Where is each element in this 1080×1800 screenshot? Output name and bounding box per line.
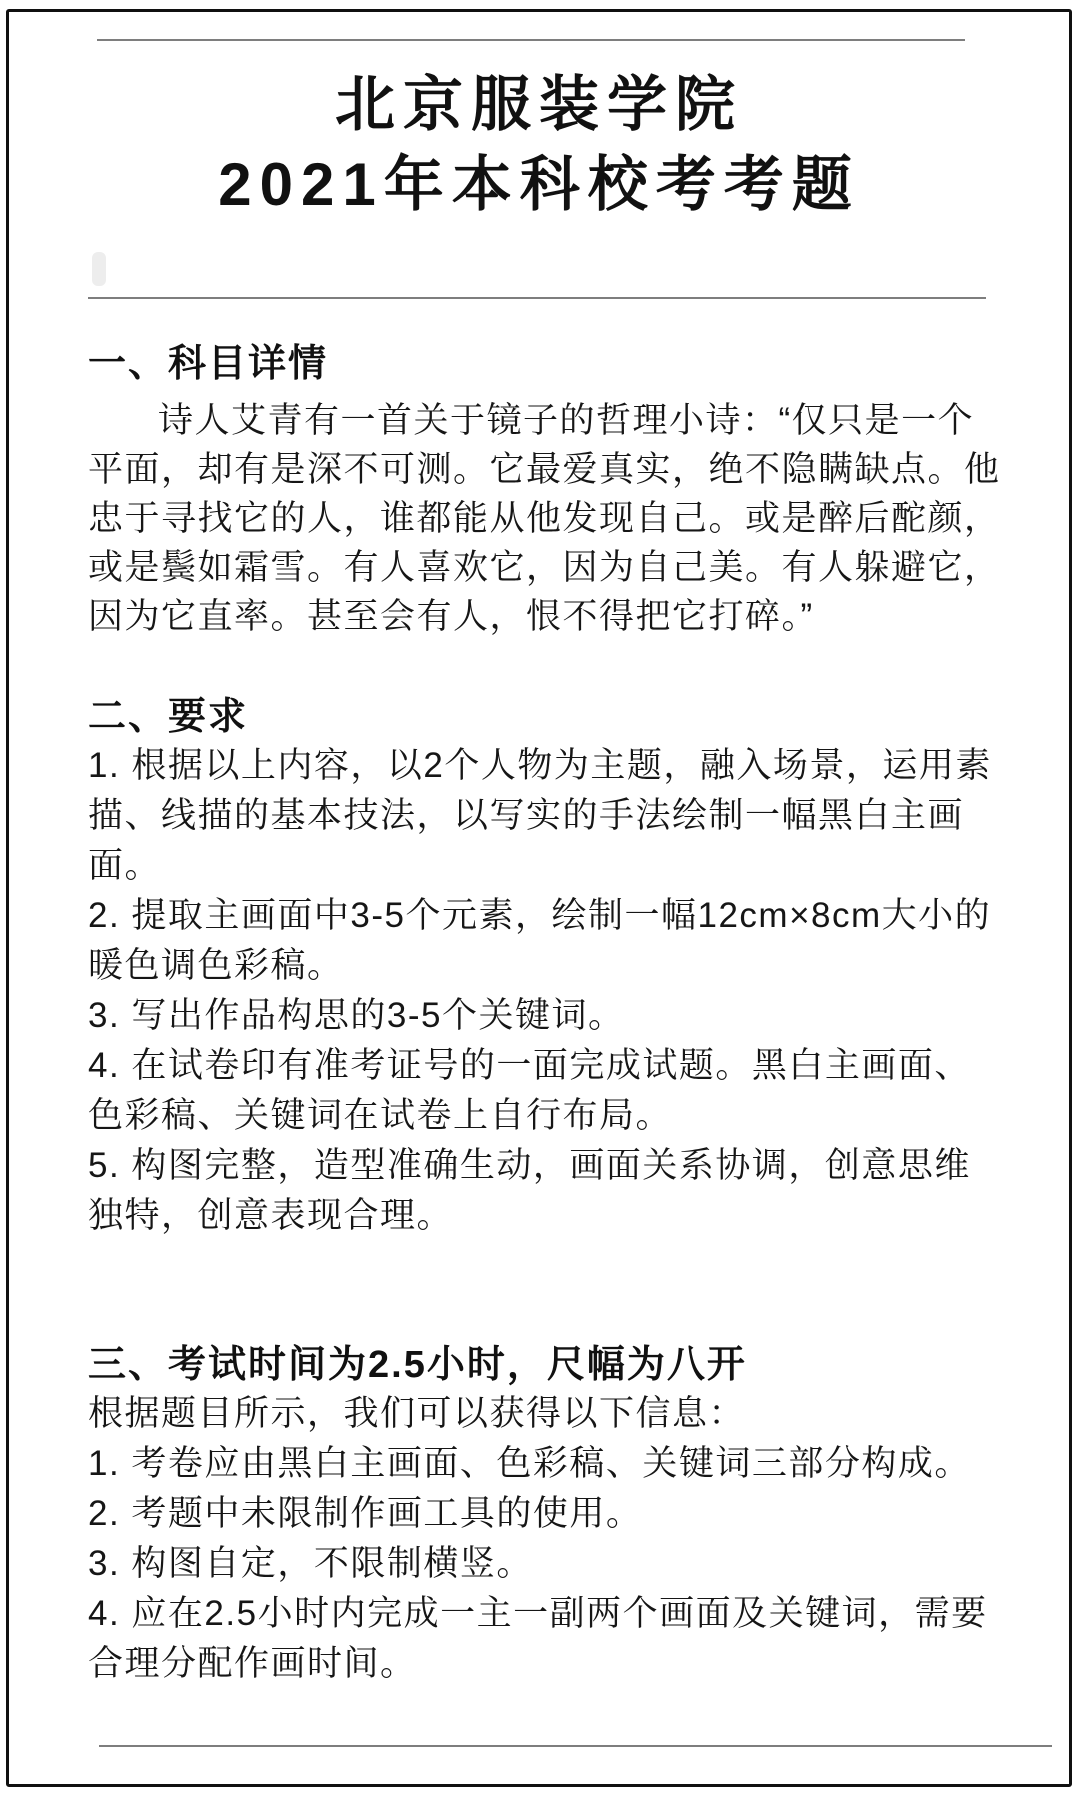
section-heading-exam-time: 三、考试时间为2.5小时，尺幅为八开 (88, 1341, 1003, 1389)
requirement-item: 4. 在试卷印有准考证号的一面完成试题。黑白主画面、色彩稿、关键词在试卷上自行布… (88, 1041, 1003, 1141)
exam-title: 2021年本科校考考题 (9, 145, 1069, 225)
scan-artifact (92, 252, 106, 286)
bottom-divider-line (99, 1745, 1052, 1747)
requirement-item: 5. 构图完整，造型准确生动，画面关系协调，创意思维独特，创意表现合理。 (88, 1141, 1003, 1241)
document-title: 北京服装学院 2021年本科校考考题 (9, 65, 1069, 225)
exam-info-item: 2. 考题中未限制作画工具的使用。 (88, 1489, 1003, 1539)
requirement-item: 1. 根据以上内容，以2个人物为主题，融入场景，运用素描、线描的基本技法，以写实… (88, 741, 1003, 891)
section-heading-subject-details: 一、科目详情 (88, 340, 1003, 388)
exam-info-intro: 根据题目所示，我们可以获得以下信息： (88, 1389, 1003, 1439)
section-heading-requirements: 二、要求 (88, 693, 1003, 741)
exam-paper-page: 北京服装学院 2021年本科校考考题 一、科目详情 诗人艾青有一首关于镜子的哲理… (0, 0, 1080, 1800)
requirement-item: 2. 提取主画面中3-5个元素，绘制一幅12cm×8cm大小的暖色调色彩稿。 (88, 891, 1003, 991)
exam-info-item: 3. 构图自定，不限制横竖。 (88, 1539, 1003, 1589)
requirement-item: 3. 写出作品构思的3-5个关键词。 (88, 991, 1003, 1041)
subject-details-paragraph: 诗人艾青有一首关于镜子的哲理小诗：“仅只是一个平面，却有是深不可测。它最爱真实，… (88, 396, 1003, 641)
exam-info-item: 1. 考卷应由黑白主画面、色彩稿、关键词三部分构成。 (88, 1439, 1003, 1489)
document-body: 一、科目详情 诗人艾青有一首关于镜子的哲理小诗：“仅只是一个平面，却有是深不可测… (88, 340, 1003, 1689)
title-divider-line (88, 297, 986, 299)
exam-info-item: 4. 应在2.5小时内完成一主一副两个画面及关键词，需要合理分配作画时间。 (88, 1589, 1003, 1689)
school-name: 北京服装学院 (9, 65, 1069, 145)
top-divider-line (97, 39, 965, 41)
page-border-frame: 北京服装学院 2021年本科校考考题 一、科目详情 诗人艾青有一首关于镜子的哲理… (6, 9, 1072, 1787)
